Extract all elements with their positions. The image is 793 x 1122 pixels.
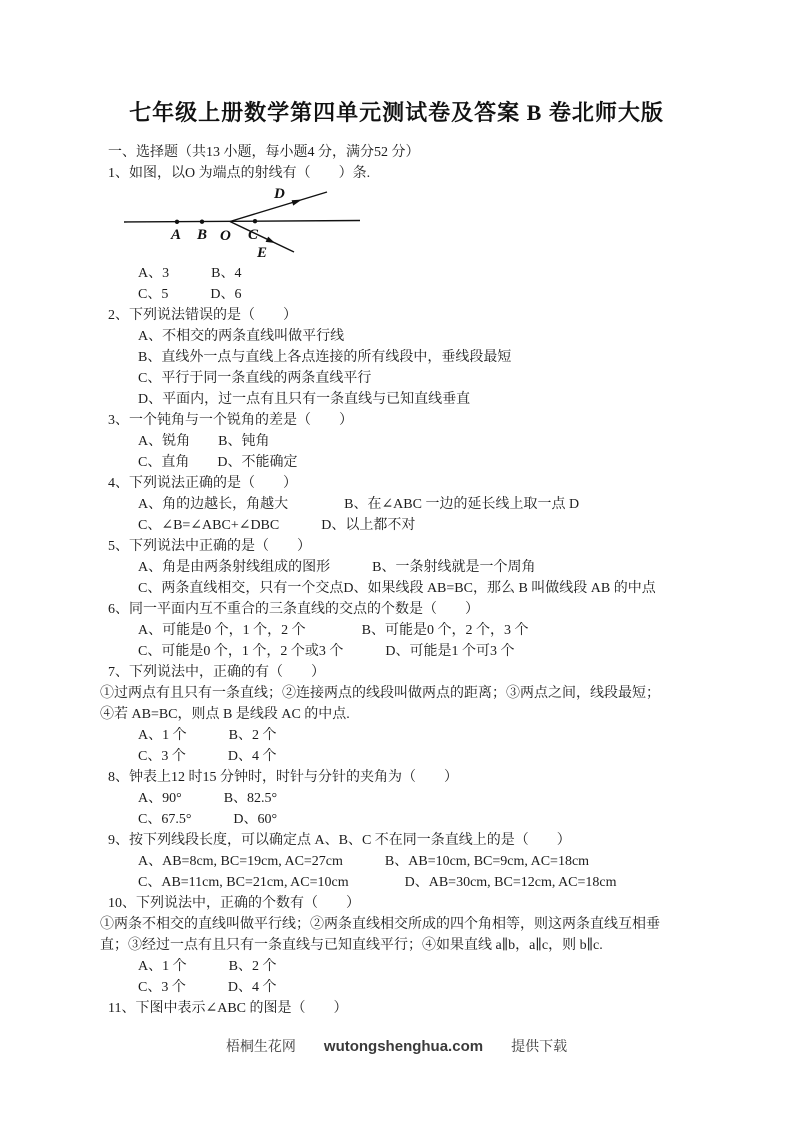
question-7-stem: 7、下列说法中，正确的有（ ）	[100, 662, 733, 683]
question-1-figure: A B O C D E	[100, 184, 733, 263]
label-point-e: E	[256, 245, 267, 261]
question-2-option-a: A、不相交的两条直线叫做平行线	[100, 326, 733, 347]
intro-lines: 一、选择题（共13 小题，每小题4 分，满分52 分）1、如图，以O 为端点的射…	[100, 142, 733, 184]
question-4-options-ab: A、角的边越长，角越大 B、在∠ABC 一边的延长线上取一点 D	[100, 494, 733, 515]
question-1-options-cd: C、5 D、6	[100, 284, 733, 305]
label-point-b: B	[196, 227, 207, 243]
label-point-c: C	[248, 227, 259, 243]
question-10-statements-2: 直；③经过一点有且只有一条直线与已知直线平行；④如果直线 a∥b，a∥c，则 b…	[100, 935, 733, 956]
footer-download-note: 提供下载	[511, 1036, 567, 1056]
question-3-options-cd: C、直角 D、不能确定	[100, 452, 733, 473]
horizontal-line	[124, 221, 360, 223]
section-header: 一、选择题（共13 小题，每小题4 分，满分52 分）	[100, 142, 733, 163]
question-5-stem: 5、下列说法中正确的是（ ）	[100, 536, 733, 557]
question-5-options-ab: A、角是由两条射线组成的图形 B、一条射线就是一个周角	[100, 557, 733, 578]
label-point-d: D	[273, 186, 285, 202]
question-7-statements-1: ①过两点有且只有一条直线；②连接两点的线段叫做两点的距离；③两点之间，线段最短；	[100, 683, 733, 704]
question-2-option-d: D、平面内，过一点有且只有一条直线与已知直线垂直	[100, 389, 733, 410]
question-11-stem: 11、下图中表示∠ABC 的图是（ ）	[100, 998, 733, 1019]
point-b-dot	[200, 220, 204, 224]
question-4-stem: 4、下列说法正确的是（ ）	[100, 473, 733, 494]
question-1-options-ab: A、3 B、4	[100, 263, 733, 284]
question-2-option-b: B、直线外一点与直线上各点连接的所有线段中，垂线段最短	[100, 347, 733, 368]
question-9-options-ab: A、AB=8cm, BC=19cm, AC=27cm B、AB=10cm, BC…	[100, 851, 733, 872]
document-body: 一、选择题（共13 小题，每小题4 分，满分52 分）1、如图，以O 为端点的射…	[0, 142, 793, 1019]
question-7-options-cd: C、3 个 D、4 个	[100, 746, 733, 767]
question-3-stem: 3、一个钝角与一个锐角的差是（ ）	[100, 410, 733, 431]
question-10-statements-1: ①两条不相交的直线叫做平行线；②两条直线相交所成的四个角相等，则这两条直线互相垂	[100, 914, 733, 935]
arrowhead-d-icon	[292, 200, 302, 206]
page-title: 七年级上册数学第四单元测试卷及答案 B 卷北师大版	[0, 0, 793, 128]
question-8-options-cd: C、67.5° D、60°	[100, 809, 733, 830]
page-footer: 梧桐生花网 wutongshenghua.com 提供下载	[0, 1036, 793, 1056]
question-9-options-cd: C、AB=11cm, BC=21cm, AC=10cm D、AB=30cm, B…	[100, 872, 733, 893]
question-3-options-ab: A、锐角 B、钝角	[100, 431, 733, 452]
footer-site-url: wutongshenghua.com	[324, 1038, 483, 1055]
question-lines: A、3 B、4C、5 D、62、下列说法错误的是（ ）A、不相交的两条直线叫做平…	[100, 263, 733, 1019]
question-8-options-ab: A、90° B、82.5°	[100, 788, 733, 809]
question-1-stem: 1、如图，以O 为端点的射线有（ ）条.	[100, 163, 733, 184]
point-a-dot	[175, 220, 179, 224]
question-6-options-cd: C、可能是0 个，1 个，2 个或3 个 D、可能是1 个可3 个	[100, 641, 733, 662]
label-point-o: O	[220, 228, 231, 244]
question-4-options-cd: C、∠B=∠ABC+∠DBC D、以上都不对	[100, 515, 733, 536]
point-c-dot	[253, 219, 257, 223]
question-10-options-ab: A、1 个 B、2 个	[100, 956, 733, 977]
question-10-options-cd: C、3 个 D、4 个	[100, 977, 733, 998]
question-6-stem: 6、同一平面内互不重合的三条直线的交点的个数是（ ）	[100, 599, 733, 620]
question-2-option-c: C、平行于同一条直线的两条直线平行	[100, 368, 733, 389]
question-10-stem: 10、下列说法中，正确的个数有（ ）	[100, 893, 733, 914]
question-9-stem: 9、按下列线段长度，可以确定点 A、B、C 不在同一条直线上的是（ ）	[100, 830, 733, 851]
question-8-stem: 8、钟表上12 时15 分钟时，时针与分针的夹角为（ ）	[100, 767, 733, 788]
question-5-options-cd: C、两条直线相交，只有一个交点D、如果线段 AB=BC，那么 B 叫做线段 AB…	[100, 578, 733, 599]
arrowhead-e-icon	[266, 237, 275, 243]
label-point-a: A	[170, 227, 181, 243]
question-7-statements-2: ④若 AB=BC，则点 B 是线段 AC 的中点.	[100, 704, 733, 725]
footer-site-name: 梧桐生花网	[226, 1036, 296, 1056]
question-6-options-ab: A、可能是0 个，1 个，2 个 B、可能是0 个，2 个，3 个	[100, 620, 733, 641]
question-7-options-ab: A、1 个 B、2 个	[100, 725, 733, 746]
rays-geometry-figure: A B O C D E	[122, 184, 372, 263]
question-2-stem: 2、下列说法错误的是（ ）	[100, 305, 733, 326]
document-page: 七年级上册数学第四单元测试卷及答案 B 卷北师大版 一、选择题（共13 小题，每…	[0, 0, 793, 1122]
